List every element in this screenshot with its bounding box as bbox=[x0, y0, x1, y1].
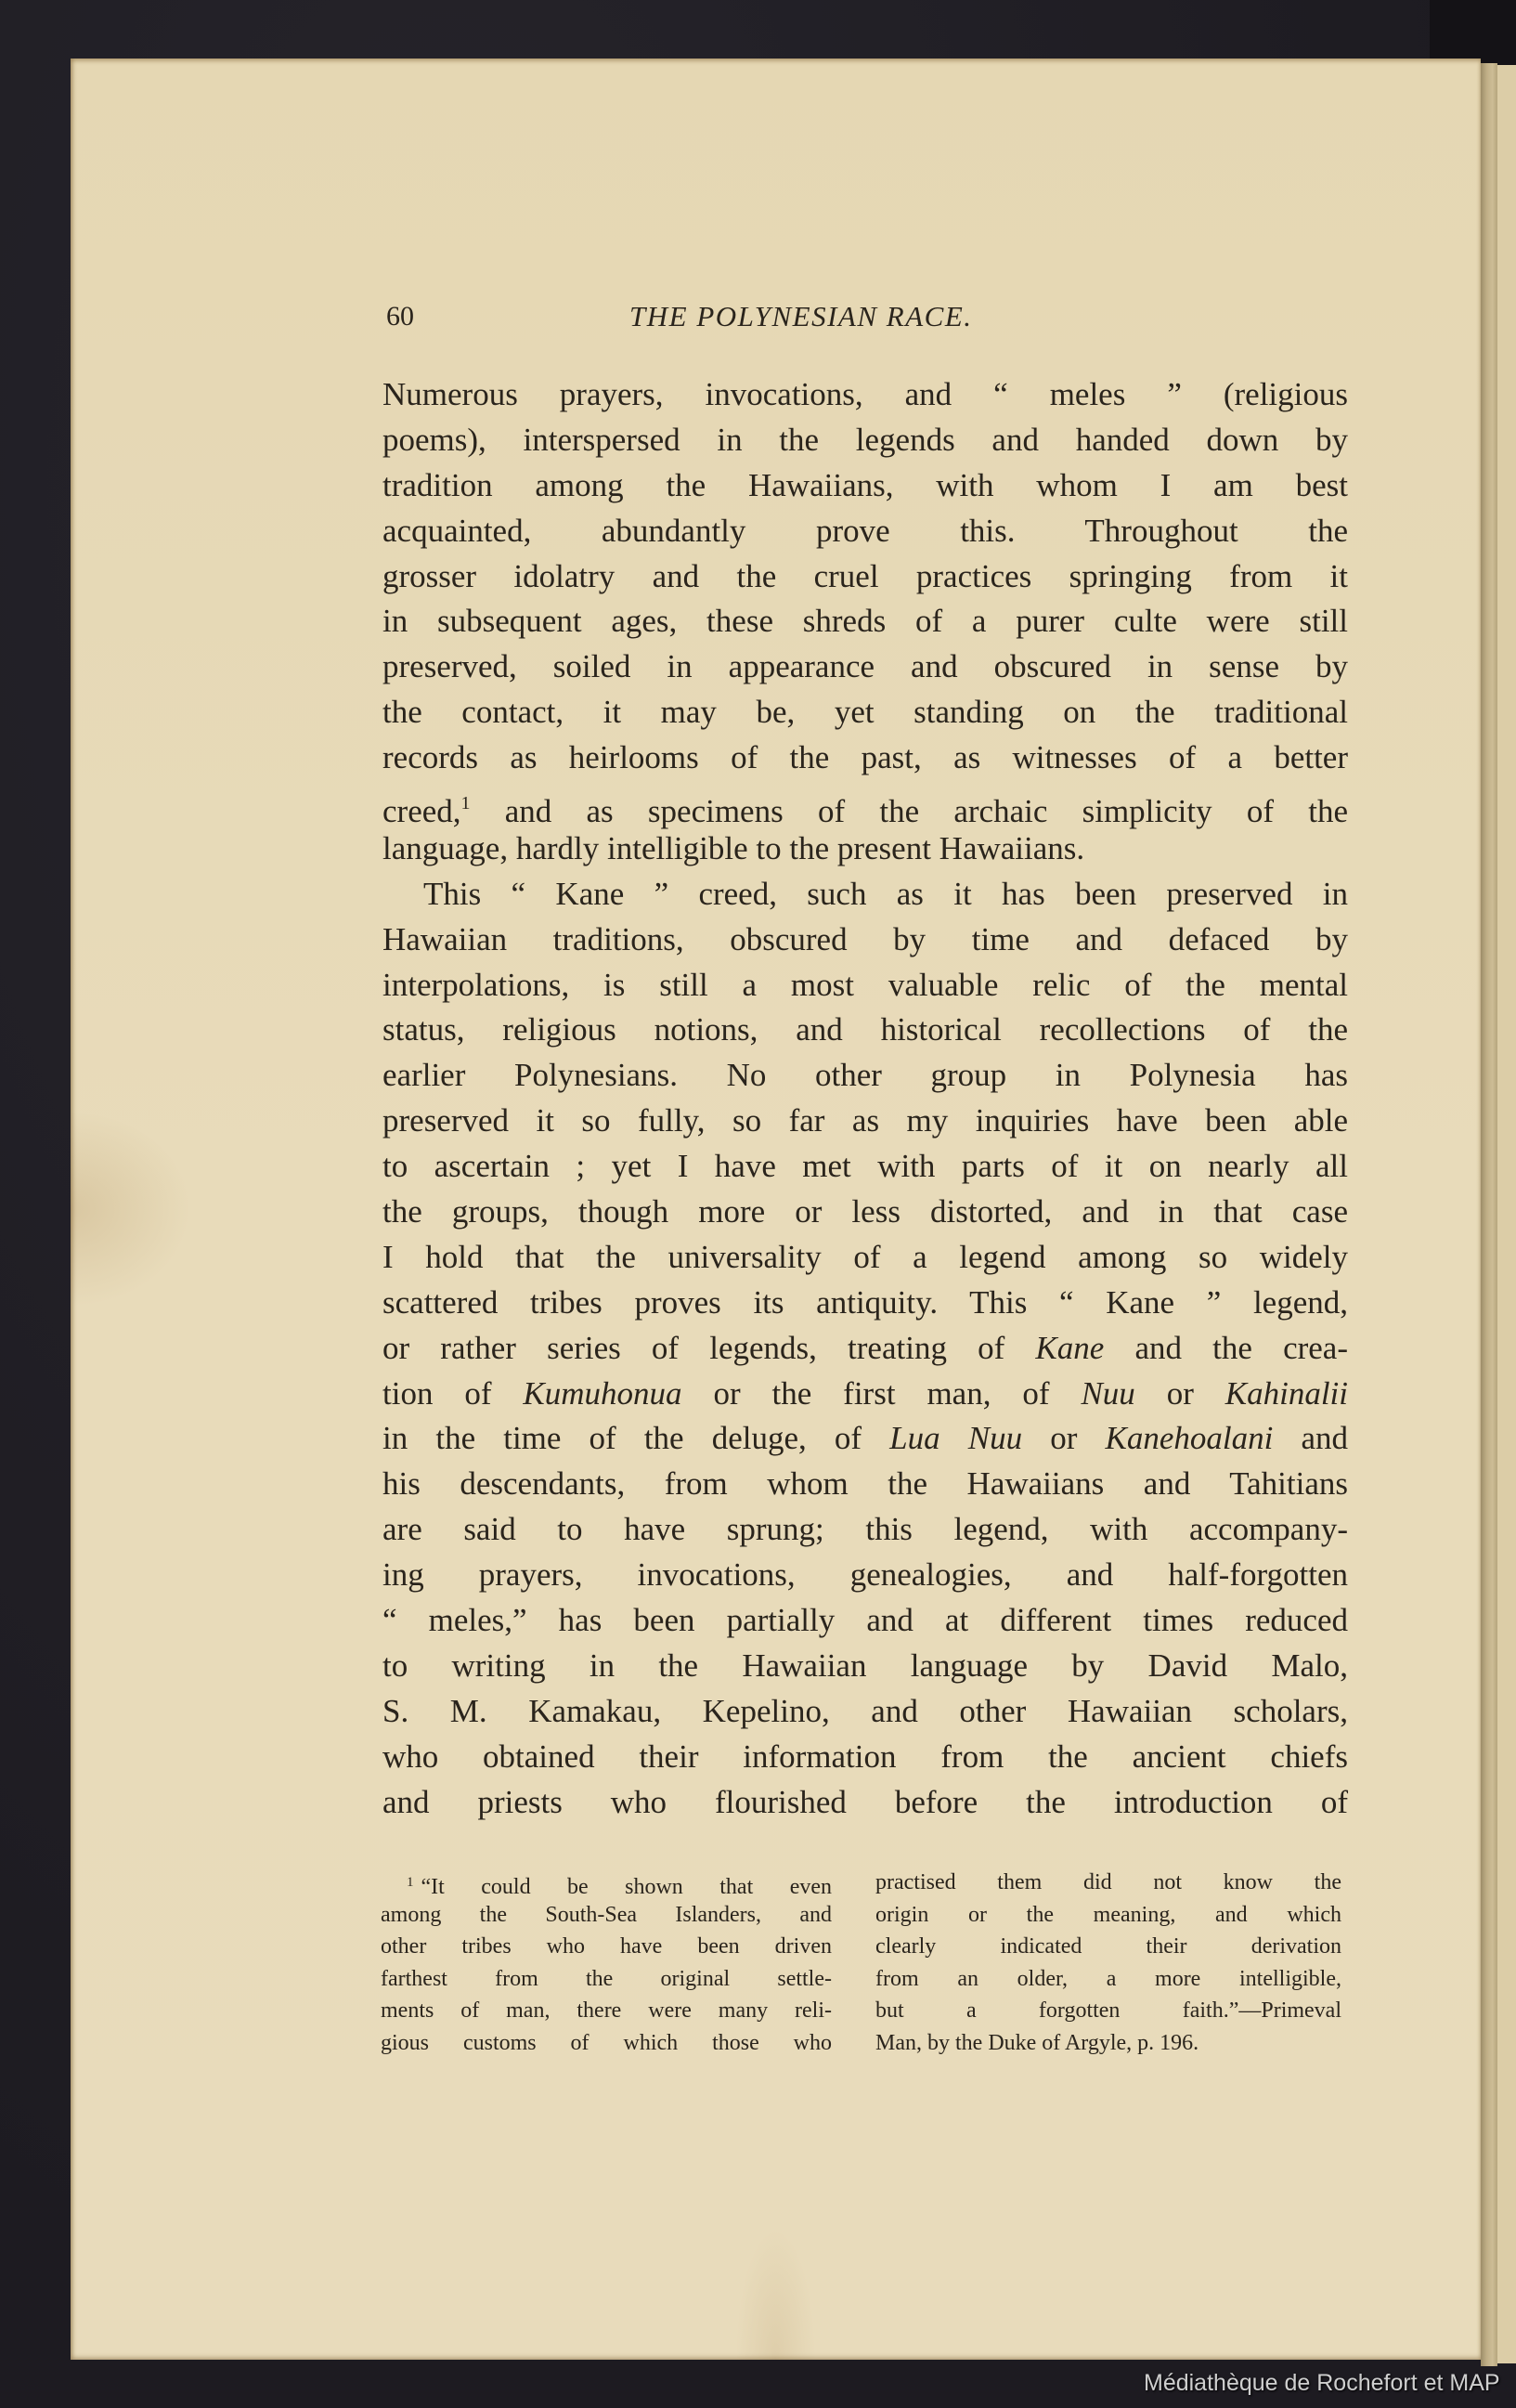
footnote-marker: 1 bbox=[407, 1875, 414, 1890]
footnote-line: gious customs of which those who bbox=[381, 2027, 832, 2060]
text-line: the contact, it may be, yet standing on … bbox=[382, 690, 1348, 735]
text-fragment: or bbox=[1135, 1375, 1225, 1412]
text-fragment: or bbox=[1022, 1420, 1105, 1456]
text-line: acquainted, abundantly prove this. Throu… bbox=[382, 509, 1348, 554]
footnote-right-column: practised them did not know the origin o… bbox=[875, 1867, 1341, 2060]
text-line: S. M. Kamakau, Kepelino, and other Hawai… bbox=[382, 1689, 1348, 1735]
facing-page-edge bbox=[1497, 65, 1516, 2363]
text-fragment: tion of bbox=[382, 1375, 492, 1412]
page-number: 60 bbox=[386, 303, 414, 331]
text-line: Hawaiian traditions, obscured by time an… bbox=[382, 918, 1348, 963]
text-line: I hold that the universality of a legend… bbox=[382, 1235, 1348, 1281]
footnote-line: other tribes who have been driven bbox=[381, 1931, 832, 1963]
text-fragment: or rather series of legends, treating of bbox=[382, 1330, 1004, 1366]
text-line: ing prayers, invocations, genealogies, a… bbox=[382, 1553, 1348, 1598]
text-line: records as heirlooms of the past, as wit… bbox=[382, 735, 1348, 781]
footnote-line: origin or the meaning, and which bbox=[875, 1899, 1341, 1932]
text-line: to writing in the Hawaiian language by D… bbox=[382, 1644, 1348, 1689]
text-line: This “ Kane ” creed, such as it has been… bbox=[382, 872, 1348, 918]
text-line: to ascertain ; yet I have met with parts… bbox=[382, 1144, 1348, 1190]
text-line: grosser idolatry and the cruel practices… bbox=[382, 554, 1348, 600]
scan-background-corner bbox=[1430, 0, 1516, 65]
text-line: status, religious notions, and historica… bbox=[382, 1008, 1348, 1053]
text-line: who obtained their information from the … bbox=[382, 1735, 1348, 1780]
text-line: his descendants, from whom the Hawaiians… bbox=[382, 1462, 1348, 1507]
text-fragment: “It could be shown that even bbox=[421, 1875, 833, 1899]
text-line: or rather series of legends, treating of… bbox=[382, 1326, 1348, 1372]
text-line: “ meles,” has been partially and at diff… bbox=[382, 1598, 1348, 1644]
text-fragment: and bbox=[1273, 1420, 1348, 1456]
text-line: are said to have sprung; this legend, wi… bbox=[382, 1507, 1348, 1553]
text-line: earlier Polynesians. No other group in P… bbox=[382, 1053, 1348, 1099]
text-line: tradition among the Hawaiians, with whom… bbox=[382, 463, 1348, 509]
italic-name: Nuu bbox=[1081, 1375, 1134, 1412]
text-line: in the time of the deluge, of Lua Nuu or… bbox=[382, 1416, 1348, 1462]
footnote-line: 1“It could be shown that even bbox=[381, 1867, 832, 1899]
footnote-line: practised them did not know the bbox=[875, 1867, 1341, 1899]
text-line: preserved it so fully, so far as my inqu… bbox=[382, 1099, 1348, 1144]
text-fragment: and as specimens of the archaic simplici… bbox=[471, 793, 1348, 829]
text-line: the groups, though more or less distorte… bbox=[382, 1190, 1348, 1235]
footnote-line: Man, by the Duke of Argyle, p. 196. bbox=[875, 2027, 1341, 2060]
italic-name: Kahinalii bbox=[1225, 1375, 1348, 1412]
text-fragment: creed, bbox=[382, 793, 461, 829]
text-line: language, hardly intelligible to the pre… bbox=[382, 827, 1348, 872]
text-line: scattered tribes proves its antiquity. T… bbox=[382, 1281, 1348, 1326]
footnote-line: but a forgotten faith.”—Primeval bbox=[875, 1995, 1341, 2027]
text-line: preserved, soiled in appearance and obsc… bbox=[382, 644, 1348, 690]
body-text: Numerous prayers, invocations, and “ mel… bbox=[382, 372, 1348, 1826]
running-title: THE POLYNESIAN RACE. bbox=[629, 301, 1112, 332]
footnote-line: ments of man, there were many reli- bbox=[381, 1995, 832, 2027]
italic-name: Kumuhonua bbox=[523, 1375, 681, 1412]
footnote-line: farthest from the original settle- bbox=[381, 1963, 832, 1996]
text-fragment: and the crea- bbox=[1104, 1330, 1348, 1366]
text-line: interpolations, is still a most valuable… bbox=[382, 963, 1348, 1009]
text-line: tion of Kumuhonua or the first man, of N… bbox=[382, 1372, 1348, 1417]
text-line: poems), interspersed in the legends and … bbox=[382, 418, 1348, 463]
italic-name: Lua Nuu bbox=[889, 1420, 1022, 1456]
footnote-reference[interactable]: 1 bbox=[461, 793, 471, 814]
footnote-line: among the South-Sea Islanders, and bbox=[381, 1899, 832, 1932]
italic-name: Kane bbox=[1035, 1330, 1104, 1366]
footnote-left-column: 1“It could be shown that even among the … bbox=[381, 1867, 832, 2060]
text-fragment: or the first man, of bbox=[682, 1375, 1082, 1412]
text-line: creed,1 and as specimens of the archaic … bbox=[382, 781, 1348, 827]
italic-name: Kanehoalani bbox=[1106, 1420, 1274, 1456]
footnote-line: from an older, a more intelligible, bbox=[875, 1963, 1341, 1996]
watermark: Médiathèque de Rochefort et MAP bbox=[1144, 2370, 1500, 2397]
text-fragment: in the time of the deluge, of bbox=[382, 1420, 862, 1456]
text-line: in subsequent ages, these shreds of a pu… bbox=[382, 599, 1348, 644]
book-gutter bbox=[1481, 63, 1497, 2366]
footnote-line: clearly indicated their derivation bbox=[875, 1931, 1341, 1963]
text-line: and priests who flourished before the in… bbox=[382, 1780, 1348, 1826]
text-line: Numerous prayers, invocations, and “ mel… bbox=[382, 372, 1348, 418]
